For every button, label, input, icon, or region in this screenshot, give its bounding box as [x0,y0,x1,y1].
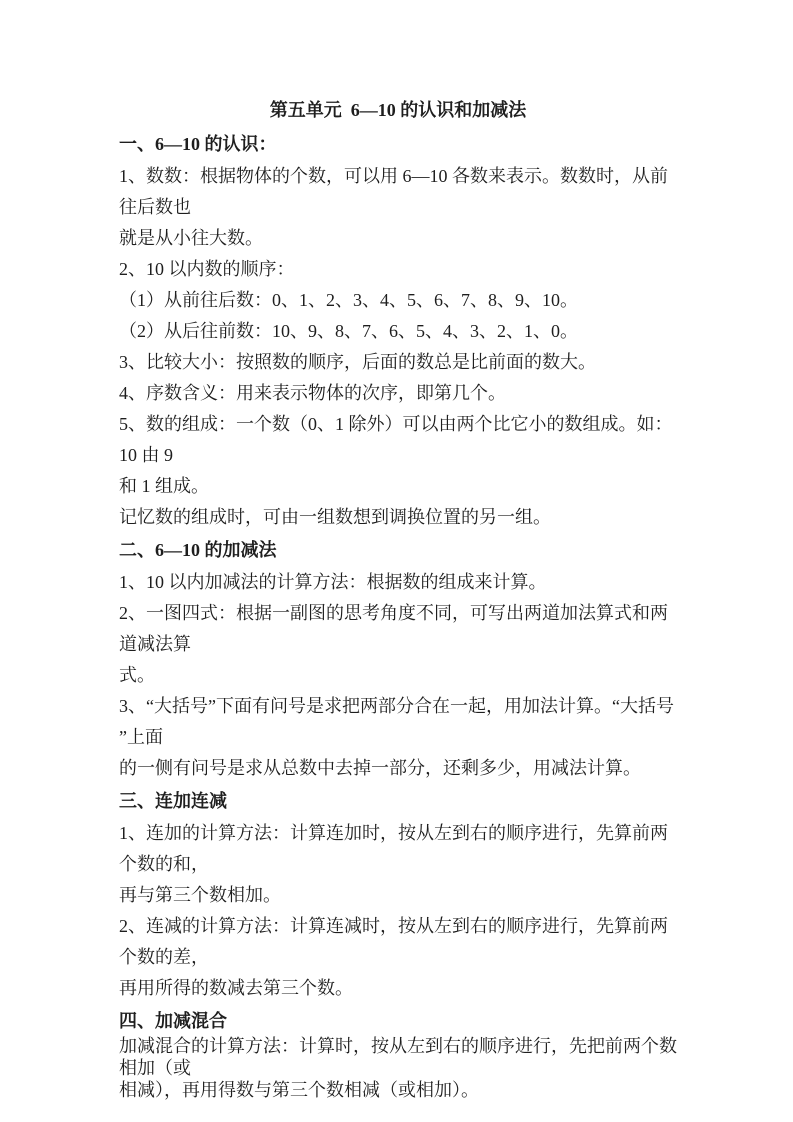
paragraph: 1、连加的计算方法：计算连加时，按从左到右的顺序进行，先算前两个数的和， 再与第… [119,818,677,911]
paragraph: 1、10 以内加减法的计算方法：根据数的组成来计算。 [119,567,677,598]
section-add-sub-6-10: 二、6—10 的加减法 1、10 以内加减法的计算方法：根据数的组成来计算。 2… [119,533,677,784]
paragraph: 记忆数的组成时，可由一组数想到调换位置的另一组。 [119,502,677,533]
section-mixed-add-sub: 四、加减混合 加减混合的计算方法：计算时，按从左到右的顺序进行，先把前两个数相加… [119,1004,677,1101]
paragraph: （2）从后往前数：10、9、8、7、6、5、4、3、2、1、0。 [119,316,677,347]
section-heading: 一、6—10 的认识： [119,127,677,161]
section-understanding-6-10: 一、6—10 的认识： 1、数数：根据物体的个数，可以用 6—10 各数来表示。… [119,127,677,533]
section-heading: 四、加减混合 [119,1004,677,1038]
document-page: 第五单元 6—10 的认识和加减法 一、6—10 的认识： 1、数数：根据物体的… [119,93,677,1101]
paragraph: 加减混合的计算方法：计算时，按从左到右的顺序进行，先把前两个数相加（或 相减），… [119,1035,677,1101]
paragraph: 2、连减的计算方法：计算连减时，按从左到右的顺序进行，先算前两个数的差， 再用所… [119,911,677,1004]
section-serial-add-sub: 三、连加连减 1、连加的计算方法：计算连加时，按从左到右的顺序进行，先算前两个数… [119,784,677,1004]
paragraph: 2、一图四式：根据一副图的思考角度不同，可写出两道加法算式和两道减法算 式。 [119,598,677,691]
doc-title: 第五单元 6—10 的认识和加减法 [119,93,677,127]
paragraph: 3、“大括号”下面有问号是求把两部分合在一起，用加法计算。“大括号 ”上面 的一… [119,691,677,784]
paragraph: 2、10 以内数的顺序： [119,254,677,285]
paragraph: 3、比较大小：按照数的顺序，后面的数总是比前面的数大。 [119,347,677,378]
paragraph: 4、序数含义：用来表示物体的次序，即第几个。 [119,378,677,409]
paragraph: （1）从前往后数：0、1、2、3、4、5、6、7、8、9、10。 [119,285,677,316]
paragraph: 1、数数：根据物体的个数，可以用 6—10 各数来表示。数数时，从前往后数也 就… [119,161,677,254]
section-heading: 二、6—10 的加减法 [119,533,677,567]
section-heading: 三、连加连减 [119,784,677,818]
paragraph: 5、数的组成：一个数（0、1 除外）可以由两个比它小的数组成。如：10 由 9 … [119,409,677,502]
